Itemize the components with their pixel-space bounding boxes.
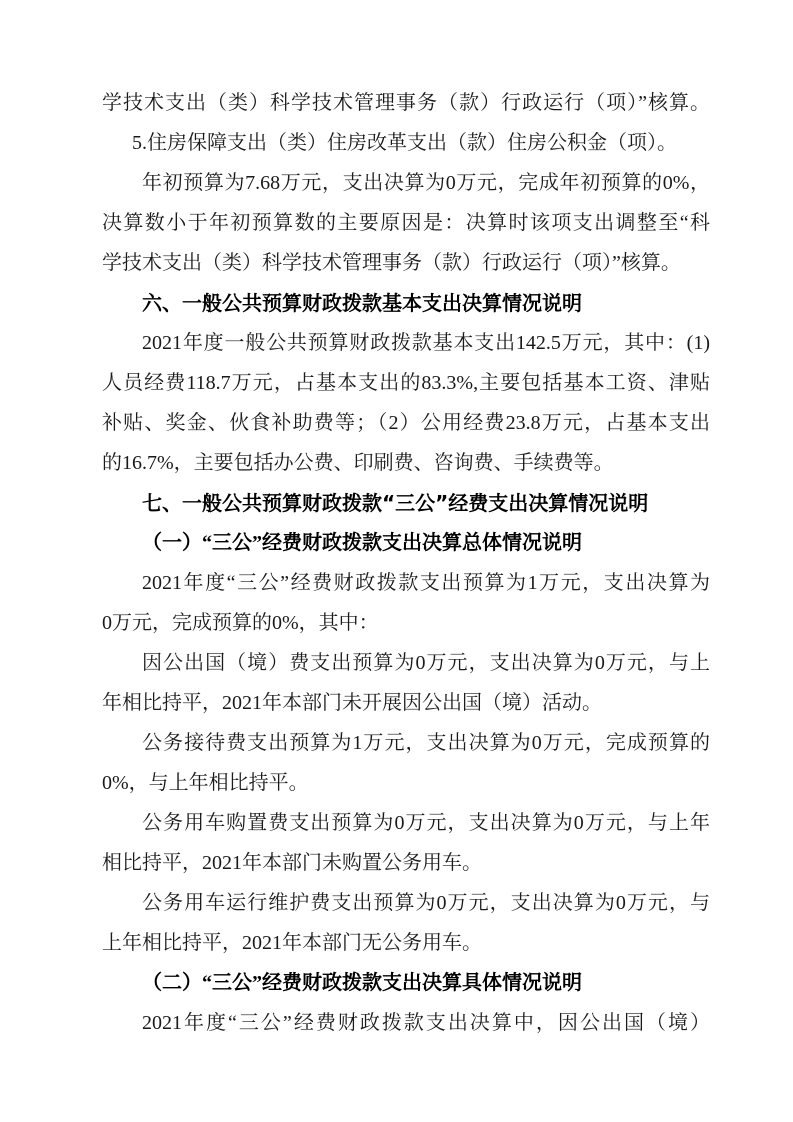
document-page: 学技术支出（类）科学技术管理事务（款）行政运行（项）”核算。 5.住房保障支出（… (0, 0, 793, 1122)
text-line: 决算数小于年初预算数的主要原因是：决算时该项支出调整至“科 (102, 203, 710, 243)
text-line: 年初预算为7.68万元，支出决算为0万元，完成年初预算的0%， (102, 163, 710, 203)
heading-subsection-one: （一）“三公”经费财政拨款支出决算总体情况说明 (102, 523, 710, 563)
text-line: 因公出国（境）费支出预算为0万元，支出决算为0万元，与上 (102, 643, 710, 683)
text-line-item-5: 5.住房保障支出（类）住房改革支出（款）住房公积金（项）。 (102, 123, 710, 163)
text-line: 的16.7%，主要包括办公费、印刷费、咨询费、手续费等。 (102, 443, 710, 483)
heading-subsection-two: （二）“三公”经费财政拨款支出决算具体情况说明 (102, 963, 710, 1003)
text-line-paragraph-continuation: 学技术支出（类）科学技术管理事务（款）行政运行（项）”核算。 (102, 83, 710, 123)
text-line: 上年相比持平，2021年本部门无公务用车。 (102, 923, 710, 963)
text-line: 人员经费118.7万元，占基本支出的83.3%,主要包括基本工资、津贴 (102, 363, 710, 403)
text-line: 2021年度一般公共预算财政拨款基本支出142.5万元，其中：(1) (102, 323, 710, 363)
text-line: 补贴、奖金、伙食补助费等；（2）公用经费23.8万元，占基本支出 (102, 403, 710, 443)
text-line: 公务用车购置费支出预算为0万元，支出决算为0万元，与上年 (102, 803, 710, 843)
text-line-page-break: 2021年度“三公”经费财政拨款支出决算中，因公出国（境） (102, 1003, 710, 1043)
text-line: 公务用车运行维护费支出预算为0万元，支出决算为0万元，与 (102, 883, 710, 923)
text-line: 2021年度“三公”经费财政拨款支出预算为1万元，支出决算为 (102, 563, 710, 603)
text-line: 相比持平，2021年本部门未购置公务用车。 (102, 843, 710, 883)
text-line: 0%，与上年相比持平。 (102, 763, 710, 803)
heading-section-seven: 七、一般公共预算财政拨款“三公”经费支出决算情况说明 (102, 483, 710, 523)
heading-section-six: 六、一般公共预算财政拨款基本支出决算情况说明 (102, 283, 710, 323)
text-line: 学技术支出（类）科学技术管理事务（款）行政运行（项）”核算。 (102, 243, 710, 283)
text-line: 年相比持平，2021年本部门未开展因公出国（境）活动。 (102, 683, 710, 723)
text-line: 0万元，完成预算的0%，其中： (102, 603, 710, 643)
text-line: 公务接待费支出预算为1万元，支出决算为0万元，完成预算的 (102, 723, 710, 763)
